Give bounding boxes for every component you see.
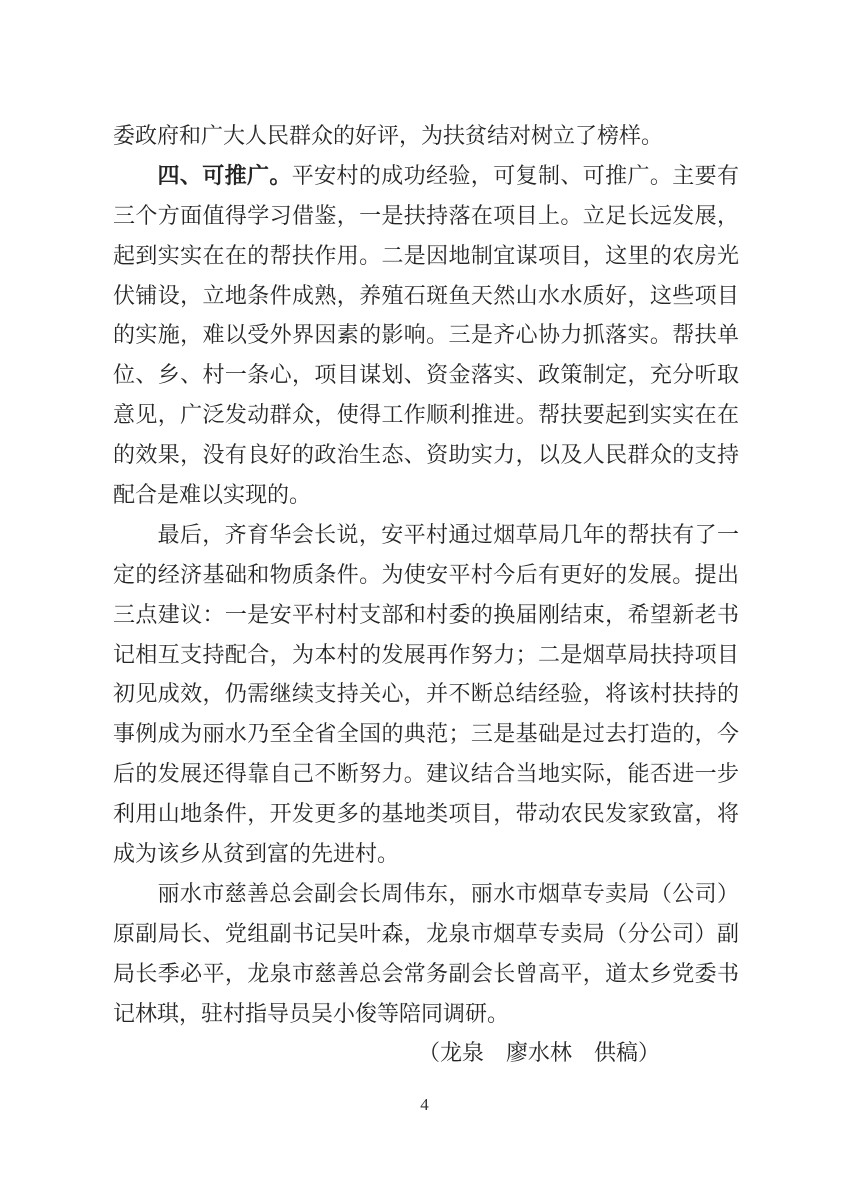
text-run: 丽水市慈善总会副会长周伟东，丽水市烟草专卖局（公司）	[158, 881, 740, 906]
text-run: 配合是难以实现的。	[113, 482, 311, 507]
text-run: 事例成为丽水乃至全省全国的典范；三是基础是过去打造的，今	[113, 721, 739, 746]
text-run: 最后，齐育华会长说，安平村通过烟草局几年的帮扶有了一	[158, 522, 740, 547]
text-line: 定的经济基础和物质条件。为使安平村今后有更好的发展。提出	[113, 555, 739, 595]
text-line: 位、乡、村一条心，项目谋划、资金落实、政策制定，充分听取	[113, 355, 739, 395]
text-run: 定的经济基础和物质条件。为使安平村今后有更好的发展。提出	[113, 562, 739, 587]
text-line: 最后，齐育华会长说，安平村通过烟草局几年的帮扶有了一	[113, 515, 739, 555]
text-line: 丽水市慈善总会副会长周伟东，丽水市烟草专卖局（公司）	[113, 874, 739, 914]
text-line: 意见，广泛发动群众，使得工作顺利推进。帮扶要起到实实在在	[113, 395, 739, 435]
text-run: 平安村的成功经验，可复制、可推广。主要有	[292, 163, 739, 188]
text-line: 局长季必平，龙泉市慈善总会常务副会长曾高平，道太乡党委书	[113, 954, 739, 994]
text-run: 利用山地条件，开发更多的基地类项目，带动农民发家致富，将	[113, 801, 739, 826]
text-line: 初见成效，仍需继续支持关心，并不断总结经验，将该村扶持的	[113, 674, 739, 714]
text-run: 起到实实在在的帮扶作用。二是因地制宜谋项目，这里的农房光	[113, 243, 739, 268]
page-number: 4	[0, 1094, 849, 1116]
text-run: 后的发展还得靠自己不断努力。建议结合当地实际，能否进一步	[113, 761, 739, 786]
text-run: 局长季必平，龙泉市慈善总会常务副会长曾高平，道太乡党委书	[113, 961, 739, 986]
text-run: 三点建议：一是安平村村支部和村委的换届刚结束，希望新老书	[113, 602, 739, 627]
text-run: （龙泉 廖水林 供稿）	[418, 1040, 660, 1065]
text-line: （龙泉 廖水林 供稿）	[113, 1033, 739, 1073]
text-run: 原副局长、党组副书记吴叶森，龙泉市烟草专卖局（分公司）副	[113, 921, 739, 946]
text-line: 事例成为丽水乃至全省全国的典范；三是基础是过去打造的，今	[113, 714, 739, 754]
text-run: 成为该乡从贫到富的先进村。	[113, 841, 399, 866]
text-run: 的效果，没有良好的政治生态、资助实力，以及人民群众的支持	[113, 442, 739, 467]
text-run: 三个方面值得学习借鉴，一是扶持落在项目上。立足长远发展，	[113, 203, 739, 228]
text-run: 委政府和广大人民群众的好评，为扶贫结对树立了榜样。	[113, 123, 663, 148]
text-line: 的实施，难以受外界因素的影响。三是齐心协力抓落实。帮扶单	[113, 315, 739, 355]
text-run: 初见成效，仍需继续支持关心，并不断总结经验，将该村扶持的	[113, 681, 739, 706]
text-line: 三点建议：一是安平村村支部和村委的换届刚结束，希望新老书	[113, 595, 739, 635]
text-line: 配合是难以实现的。	[113, 475, 739, 515]
text-run: 记相互支持配合，为本村的发展再作努力；二是烟草局扶持项目	[113, 642, 739, 667]
text-block: 委政府和广大人民群众的好评，为扶贫结对树立了榜样。四、可推广。平安村的成功经验，…	[113, 116, 739, 1073]
text-line: 起到实实在在的帮扶作用。二是因地制宜谋项目，这里的农房光	[113, 236, 739, 276]
text-run: 记林琪，驻村指导员吴小俊等陪同调研。	[113, 1001, 509, 1026]
text-line: 四、可推广。平安村的成功经验，可复制、可推广。主要有	[113, 156, 739, 196]
text-line: 三个方面值得学习借鉴，一是扶持落在项目上。立足长远发展，	[113, 196, 739, 236]
document-page: 委政府和广大人民群众的好评，为扶贫结对树立了榜样。四、可推广。平安村的成功经验，…	[0, 0, 849, 1200]
text-run: 伏铺设，立地条件成熟，养殖石斑鱼天然山水水质好，这些项目	[113, 283, 739, 308]
text-run: 意见，广泛发动群众，使得工作顺利推进。帮扶要起到实实在在	[113, 402, 739, 427]
text-line: 成为该乡从贫到富的先进村。	[113, 834, 739, 874]
text-line: 的效果，没有良好的政治生态、资助实力，以及人民群众的支持	[113, 435, 739, 475]
text-line: 记林琪，驻村指导员吴小俊等陪同调研。	[113, 994, 739, 1034]
section-heading: 四、可推广。	[158, 163, 292, 188]
text-line: 记相互支持配合，为本村的发展再作努力；二是烟草局扶持项目	[113, 635, 739, 675]
text-line: 伏铺设，立地条件成熟，养殖石斑鱼天然山水水质好，这些项目	[113, 276, 739, 316]
text-run: 位、乡、村一条心，项目谋划、资金落实、政策制定，充分听取	[113, 362, 739, 387]
text-run: 的实施，难以受外界因素的影响。三是齐心协力抓落实。帮扶单	[113, 322, 739, 347]
text-line: 后的发展还得靠自己不断努力。建议结合当地实际，能否进一步	[113, 754, 739, 794]
text-line: 利用山地条件，开发更多的基地类项目，带动农民发家致富，将	[113, 794, 739, 834]
text-line: 原副局长、党组副书记吴叶森，龙泉市烟草专卖局（分公司）副	[113, 914, 739, 954]
text-line: 委政府和广大人民群众的好评，为扶贫结对树立了榜样。	[113, 116, 739, 156]
